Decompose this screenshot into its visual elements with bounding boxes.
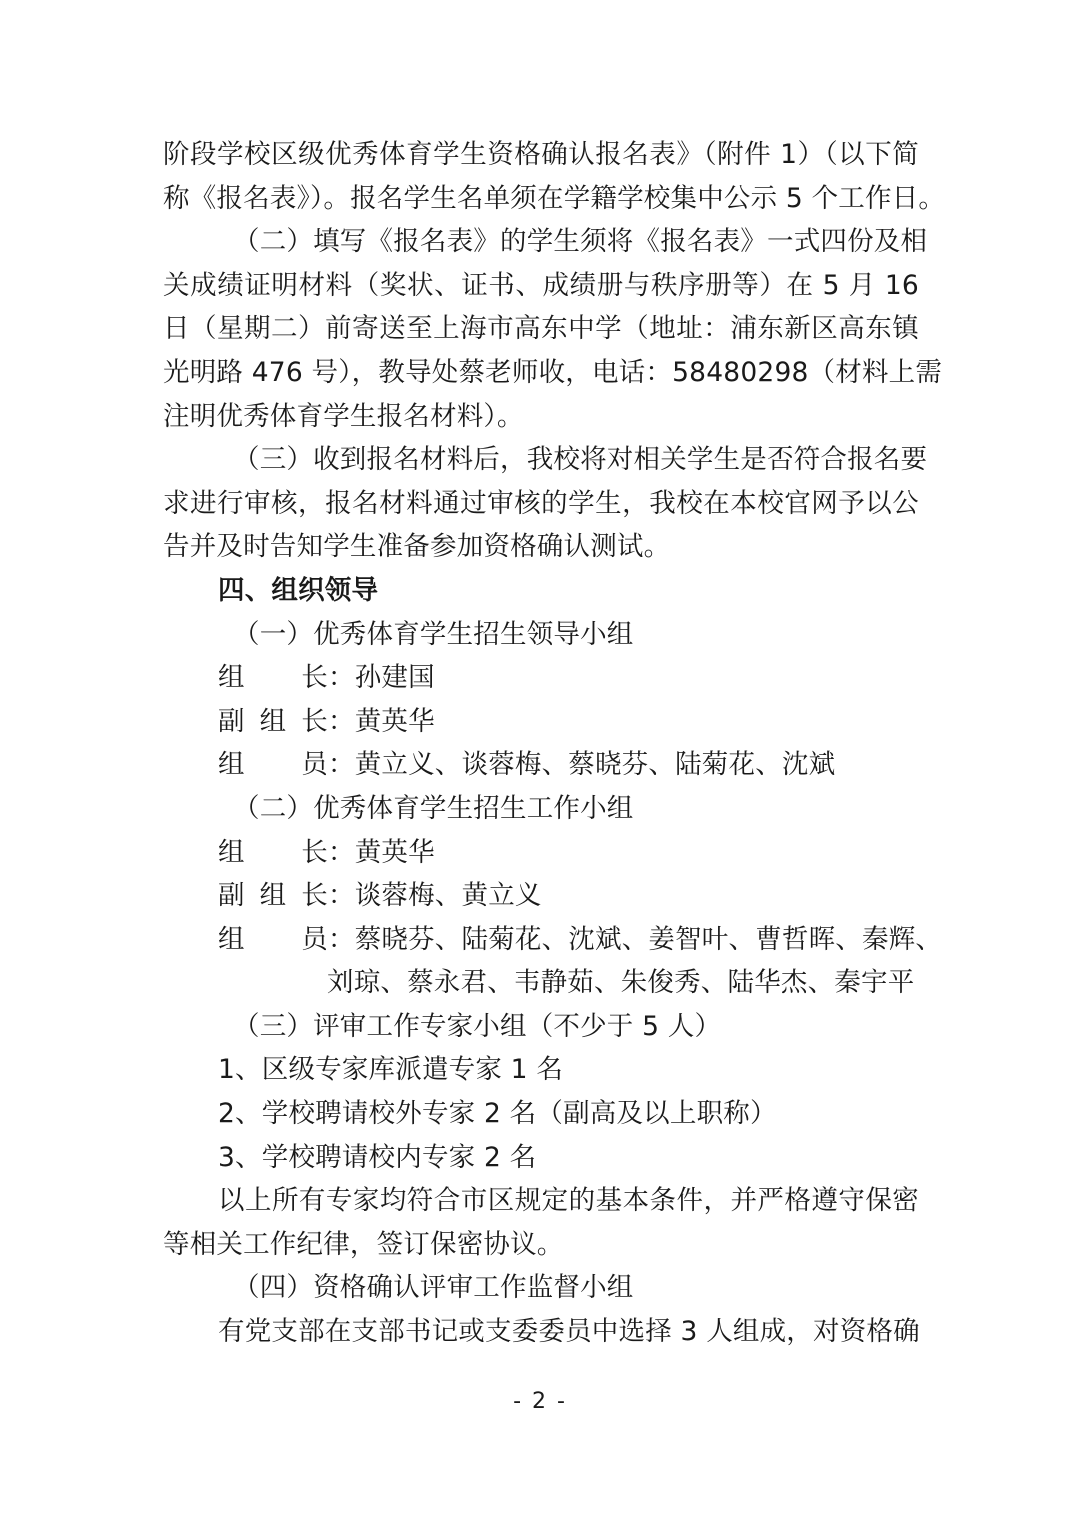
paragraph-1-line-2: 称《报名表》）。报名学生名单须在学籍学校集中公示 5 个工作日。 — [163, 177, 919, 221]
role-label: 副组长 — [218, 874, 328, 918]
group-2-members-row: 组员：蔡晓芬、陆菊花、沈斌、姜智叶、曹哲晖、秦辉、 — [163, 918, 919, 962]
colon: ： — [328, 831, 355, 875]
group-1-members: 黄立义、谈蓉梅、蔡晓芬、陆菊花、沈斌 — [355, 743, 836, 787]
colon: ： — [328, 656, 355, 700]
paragraph-2-line-3: 日（星期二）前寄送至上海市高东中学（地址：浦东新区高东镇 — [163, 307, 919, 351]
group-1-title: （一）优秀体育学生招生领导小组 — [163, 613, 919, 657]
group-3-item-2: 2、学校聘请校外专家 2 名（副高及以上职称） — [163, 1092, 919, 1136]
paragraph-3-line-2: 求进行审核，报名材料通过审核的学生，我校在本校官网予以公 — [163, 482, 919, 526]
group-1-leader: 孙建国 — [355, 656, 435, 700]
role-label: 组长 — [218, 831, 328, 875]
group-2-deputy-row: 副组长：谈蓉梅、黄立义 — [163, 874, 919, 918]
paragraph-2-line-5: 注明优秀体育学生报名材料）。 — [163, 395, 919, 439]
role-label: 组长 — [218, 656, 328, 700]
colon: ： — [328, 700, 355, 744]
role-label: 组员 — [218, 918, 328, 962]
group-2-deputy: 谈蓉梅、黄立义 — [355, 874, 542, 918]
group-3-note-line-1: 以上所有专家均符合市区规定的基本条件，并严格遵守保密 — [163, 1179, 919, 1223]
group-2-members-line-2: 刘琼、蔡永君、韦静茹、朱俊秀、陆华杰、秦宇平 — [163, 961, 919, 1005]
colon: ： — [328, 874, 355, 918]
group-4-title: （四）资格确认评审工作监督小组 — [163, 1266, 919, 1310]
group-2-leader: 黄英华 — [355, 831, 435, 875]
group-2-title: （二）优秀体育学生招生工作小组 — [163, 787, 919, 831]
group-3-item-3: 3、学校聘请校内专家 2 名 — [163, 1136, 919, 1180]
group-2-leader-row: 组长：黄英华 — [163, 831, 919, 875]
colon: ： — [328, 743, 355, 787]
paragraph-3-line-3: 告并及时告知学生准备参加资格确认测试。 — [163, 525, 919, 569]
group-3-item-1: 1、区级专家库派遣专家 1 名 — [163, 1048, 919, 1092]
group-3-note-line-2: 等相关工作纪律，签订保密协议。 — [163, 1223, 919, 1267]
group-1-deputy: 黄英华 — [355, 700, 435, 744]
role-label: 副组长 — [218, 700, 328, 744]
group-3-title: （三）评审工作专家小组（不少于 5 人） — [163, 1005, 919, 1049]
paragraph-3-line-1: （三）收到报名材料后，我校将对相关学生是否符合报名要 — [163, 438, 919, 482]
paragraph-2-line-2: 关成绩证明材料（奖状、证书、成绩册与秩序册等）在 5 月 16 — [163, 264, 919, 308]
paragraph-2-line-1: （二）填写《报名表》的学生须将《报名表》一式四份及相 — [163, 220, 919, 264]
colon: ： — [328, 918, 355, 962]
group-2-members-line-1: 蔡晓芬、陆菊花、沈斌、姜智叶、曹哲晖、秦辉、 — [355, 918, 942, 962]
group-1-leader-row: 组长：孙建国 — [163, 656, 919, 700]
section-4-heading: 四、组织领导 — [163, 569, 919, 613]
paragraph-2-line-4: 光明路 476 号），教导处蔡老师收，电话：58480298（材料上需 — [163, 351, 919, 395]
document-page: 阶段学校区级优秀体育学生资格确认报名表》（附件 1）（以下简 称《报名表》）。报… — [163, 133, 919, 1354]
role-label: 组员 — [218, 743, 328, 787]
group-1-deputy-row: 副组长：黄英华 — [163, 700, 919, 744]
group-4-text-line-1: 有党支部在支部书记或支委委员中选择 3 人组成，对资格确 — [163, 1310, 919, 1354]
group-1-members-row: 组员：黄立义、谈蓉梅、蔡晓芬、陆菊花、沈斌 — [163, 743, 919, 787]
paragraph-1-line-1: 阶段学校区级优秀体育学生资格确认报名表》（附件 1）（以下简 — [163, 133, 919, 177]
page-number: - 2 - — [0, 1389, 1080, 1414]
